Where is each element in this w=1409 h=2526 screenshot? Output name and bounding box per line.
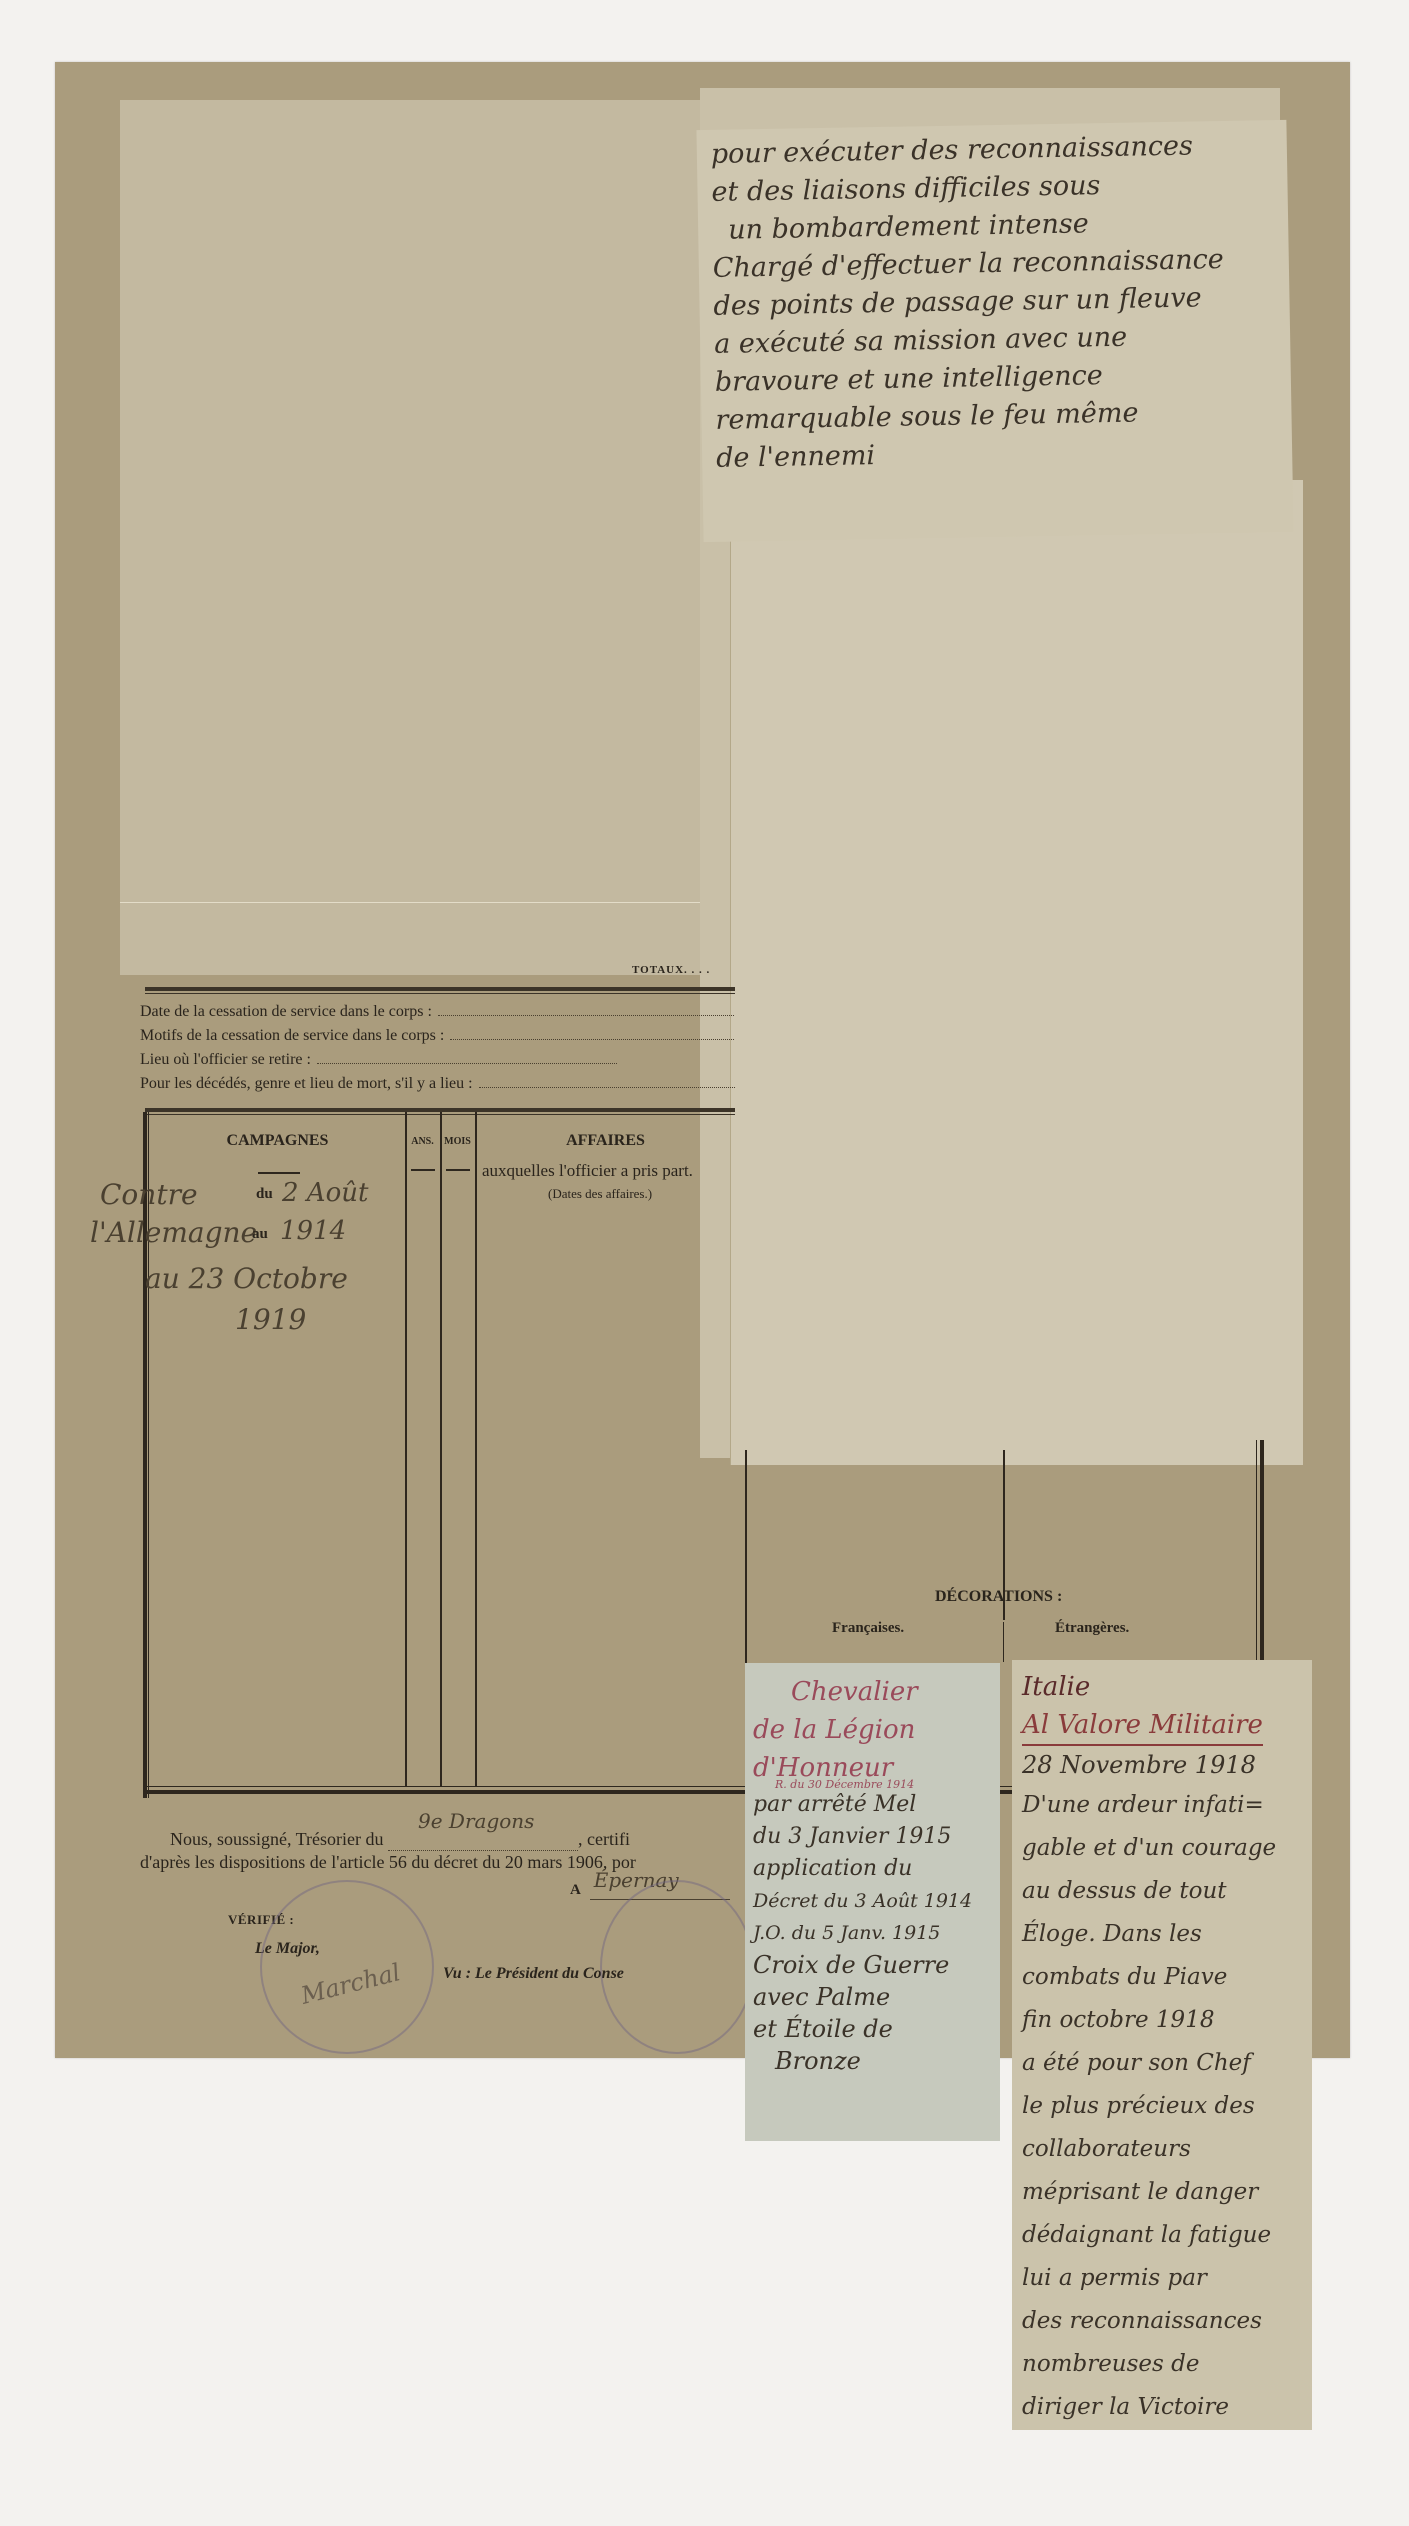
header-mois-rule bbox=[446, 1169, 470, 1171]
citation-line: dédaignant la fatigue bbox=[1022, 2214, 1304, 2257]
citation-line: des reconnaissances bbox=[1022, 2300, 1304, 2343]
campagne-year-start: 1914 bbox=[280, 1216, 346, 1246]
annotation-date-red: R. du 30 Décembre 1914 bbox=[753, 1781, 994, 1789]
regiment-stamp-right bbox=[600, 1880, 754, 2054]
citation-line: diriger la Victoire bbox=[1022, 2386, 1304, 2429]
legion-honneur-line: Chevalier bbox=[753, 1673, 994, 1711]
right-paper-strip-lower bbox=[730, 480, 1303, 1465]
decorations-title: DÉCORATIONS : bbox=[935, 1588, 1062, 1606]
citation-line: nombreuses de bbox=[1022, 2343, 1304, 2386]
cert-line-1: Nous, soussigné, Trésorier du 9e Dragons… bbox=[155, 1828, 745, 1851]
totaux-fragment: TOTAUX. . . . bbox=[632, 964, 710, 976]
cert-prefix: Nous, soussigné, Trésorier du bbox=[170, 1829, 384, 1849]
decorations-francaises: Françaises. bbox=[832, 1620, 904, 1637]
certification-block: Nous, soussigné, Trésorier du 9e Dragons… bbox=[155, 1828, 745, 1873]
decoration-line: avec Palme bbox=[753, 1981, 994, 2013]
legion-honneur-line: de la Légion bbox=[753, 1711, 994, 1749]
citation-line: 28 Novembre 1918 bbox=[1022, 1746, 1304, 1784]
decoration-line: Décret du 3 Août 1914 bbox=[753, 1885, 994, 1917]
decorations-etrangeres: Étrangères. bbox=[1055, 1620, 1129, 1637]
header-affaires-dates: (Dates des affaires.) bbox=[548, 1186, 652, 1202]
citation-line: le plus précieux des bbox=[1022, 2085, 1304, 2128]
citation-line: lui a permis par bbox=[1022, 2257, 1304, 2300]
citation-note-top: pour exécuter des reconnaissances et des… bbox=[696, 120, 1293, 542]
blank-overlay-sheet bbox=[120, 100, 732, 975]
foreign-medal-wrap: Al Valore Militaire bbox=[1022, 1706, 1304, 1746]
campagne-print-au: au bbox=[252, 1226, 268, 1243]
citation-line: au dessus de tout bbox=[1022, 1870, 1304, 1913]
decoration-line: J.O. du 5 Janv. 1915 bbox=[753, 1917, 994, 1949]
citation-line: méprisant le danger bbox=[1022, 2171, 1304, 2214]
field-lieu-retraite: Lieu où l'officier se retire : bbox=[140, 1048, 735, 1072]
header-ans-rule bbox=[411, 1169, 435, 1171]
decoration-line: et Étoile de bbox=[753, 2013, 994, 2045]
header-campagnes-rule bbox=[258, 1172, 300, 1174]
form-top-rule bbox=[145, 987, 735, 994]
note-decorations-etrangeres: Italie Al Valore Militaire 28 Novembre 1… bbox=[1012, 1660, 1312, 2430]
citation-line: gable et d'un courage bbox=[1022, 1827, 1304, 1870]
campagne-text: Contre bbox=[100, 1178, 198, 1211]
header-mois: MOIS bbox=[440, 1136, 475, 1147]
place-prefix: A bbox=[570, 1882, 580, 1898]
header-ans: ANS. bbox=[405, 1136, 440, 1147]
field-deces: Pour les décédés, genre et lieu de mort,… bbox=[140, 1072, 735, 1096]
foreign-medal: Al Valore Militaire bbox=[1022, 1706, 1263, 1746]
col-divider-decorations-lower bbox=[1003, 1622, 1004, 1662]
decoration-line: par arrêté Mel bbox=[753, 1789, 994, 1821]
citation-line: D'une ardeur infati= bbox=[1022, 1784, 1304, 1827]
header-affaires-sub: auxquelles l'officier a pris part. bbox=[482, 1161, 693, 1181]
service-cessation-fields: Date de la cessation de service dans le … bbox=[140, 1000, 735, 1830]
citation-line: a été pour son Chef bbox=[1022, 2042, 1304, 2085]
campagne-date-end: au 23 Octobre bbox=[90, 1258, 410, 1300]
campagne-print-du: du bbox=[256, 1186, 273, 1203]
citation-line: collaborateurs bbox=[1022, 2128, 1304, 2171]
croix-de-guerre-line: Croix de Guerre bbox=[753, 1949, 994, 1981]
header-affaires: AFFAIRES bbox=[478, 1132, 733, 1150]
col-divider-affaires bbox=[475, 1112, 477, 1786]
citation-line: combats du Piave bbox=[1022, 1956, 1304, 1999]
campagne-date-start: 2 Août bbox=[282, 1178, 368, 1208]
regiment-stamp-left bbox=[260, 1880, 434, 2054]
citation-line: fin octobre 1918 bbox=[1022, 1999, 1304, 2042]
campagne-text: l'Allemagne bbox=[90, 1216, 257, 1249]
vu-president-label: Vu : Le Président du Conse bbox=[443, 1965, 624, 1983]
cert-suffix: , certifi bbox=[578, 1829, 630, 1849]
field-date-cessation: Date de la cessation de service dans le … bbox=[140, 1000, 735, 1024]
decoration-line: Bronze bbox=[753, 2045, 994, 2077]
regiment-hand: 9e Dragons bbox=[418, 1810, 534, 1832]
decoration-line: du 3 Janvier 1915 bbox=[753, 1821, 994, 1853]
decoration-line: application du bbox=[753, 1853, 994, 1885]
header-campagnes: CAMPAGNES bbox=[150, 1132, 405, 1150]
col-divider-mois bbox=[440, 1112, 442, 1786]
field-motifs-cessation: Motifs de la cessation de service dans l… bbox=[140, 1024, 735, 1048]
citation-line: Éloge. Dans les bbox=[1022, 1913, 1304, 1956]
campagne-year-end: 1919 bbox=[90, 1300, 410, 1340]
col-divider-left-decorations bbox=[745, 1450, 747, 1665]
campagnes-entry: Contre du 2 Août l'Allemagne au 1914 au … bbox=[90, 1178, 410, 1340]
note-decorations-francaises: Chevalier de la Légion d'Honneur R. du 3… bbox=[745, 1663, 1000, 2141]
foreign-country: Italie bbox=[1022, 1668, 1304, 1706]
